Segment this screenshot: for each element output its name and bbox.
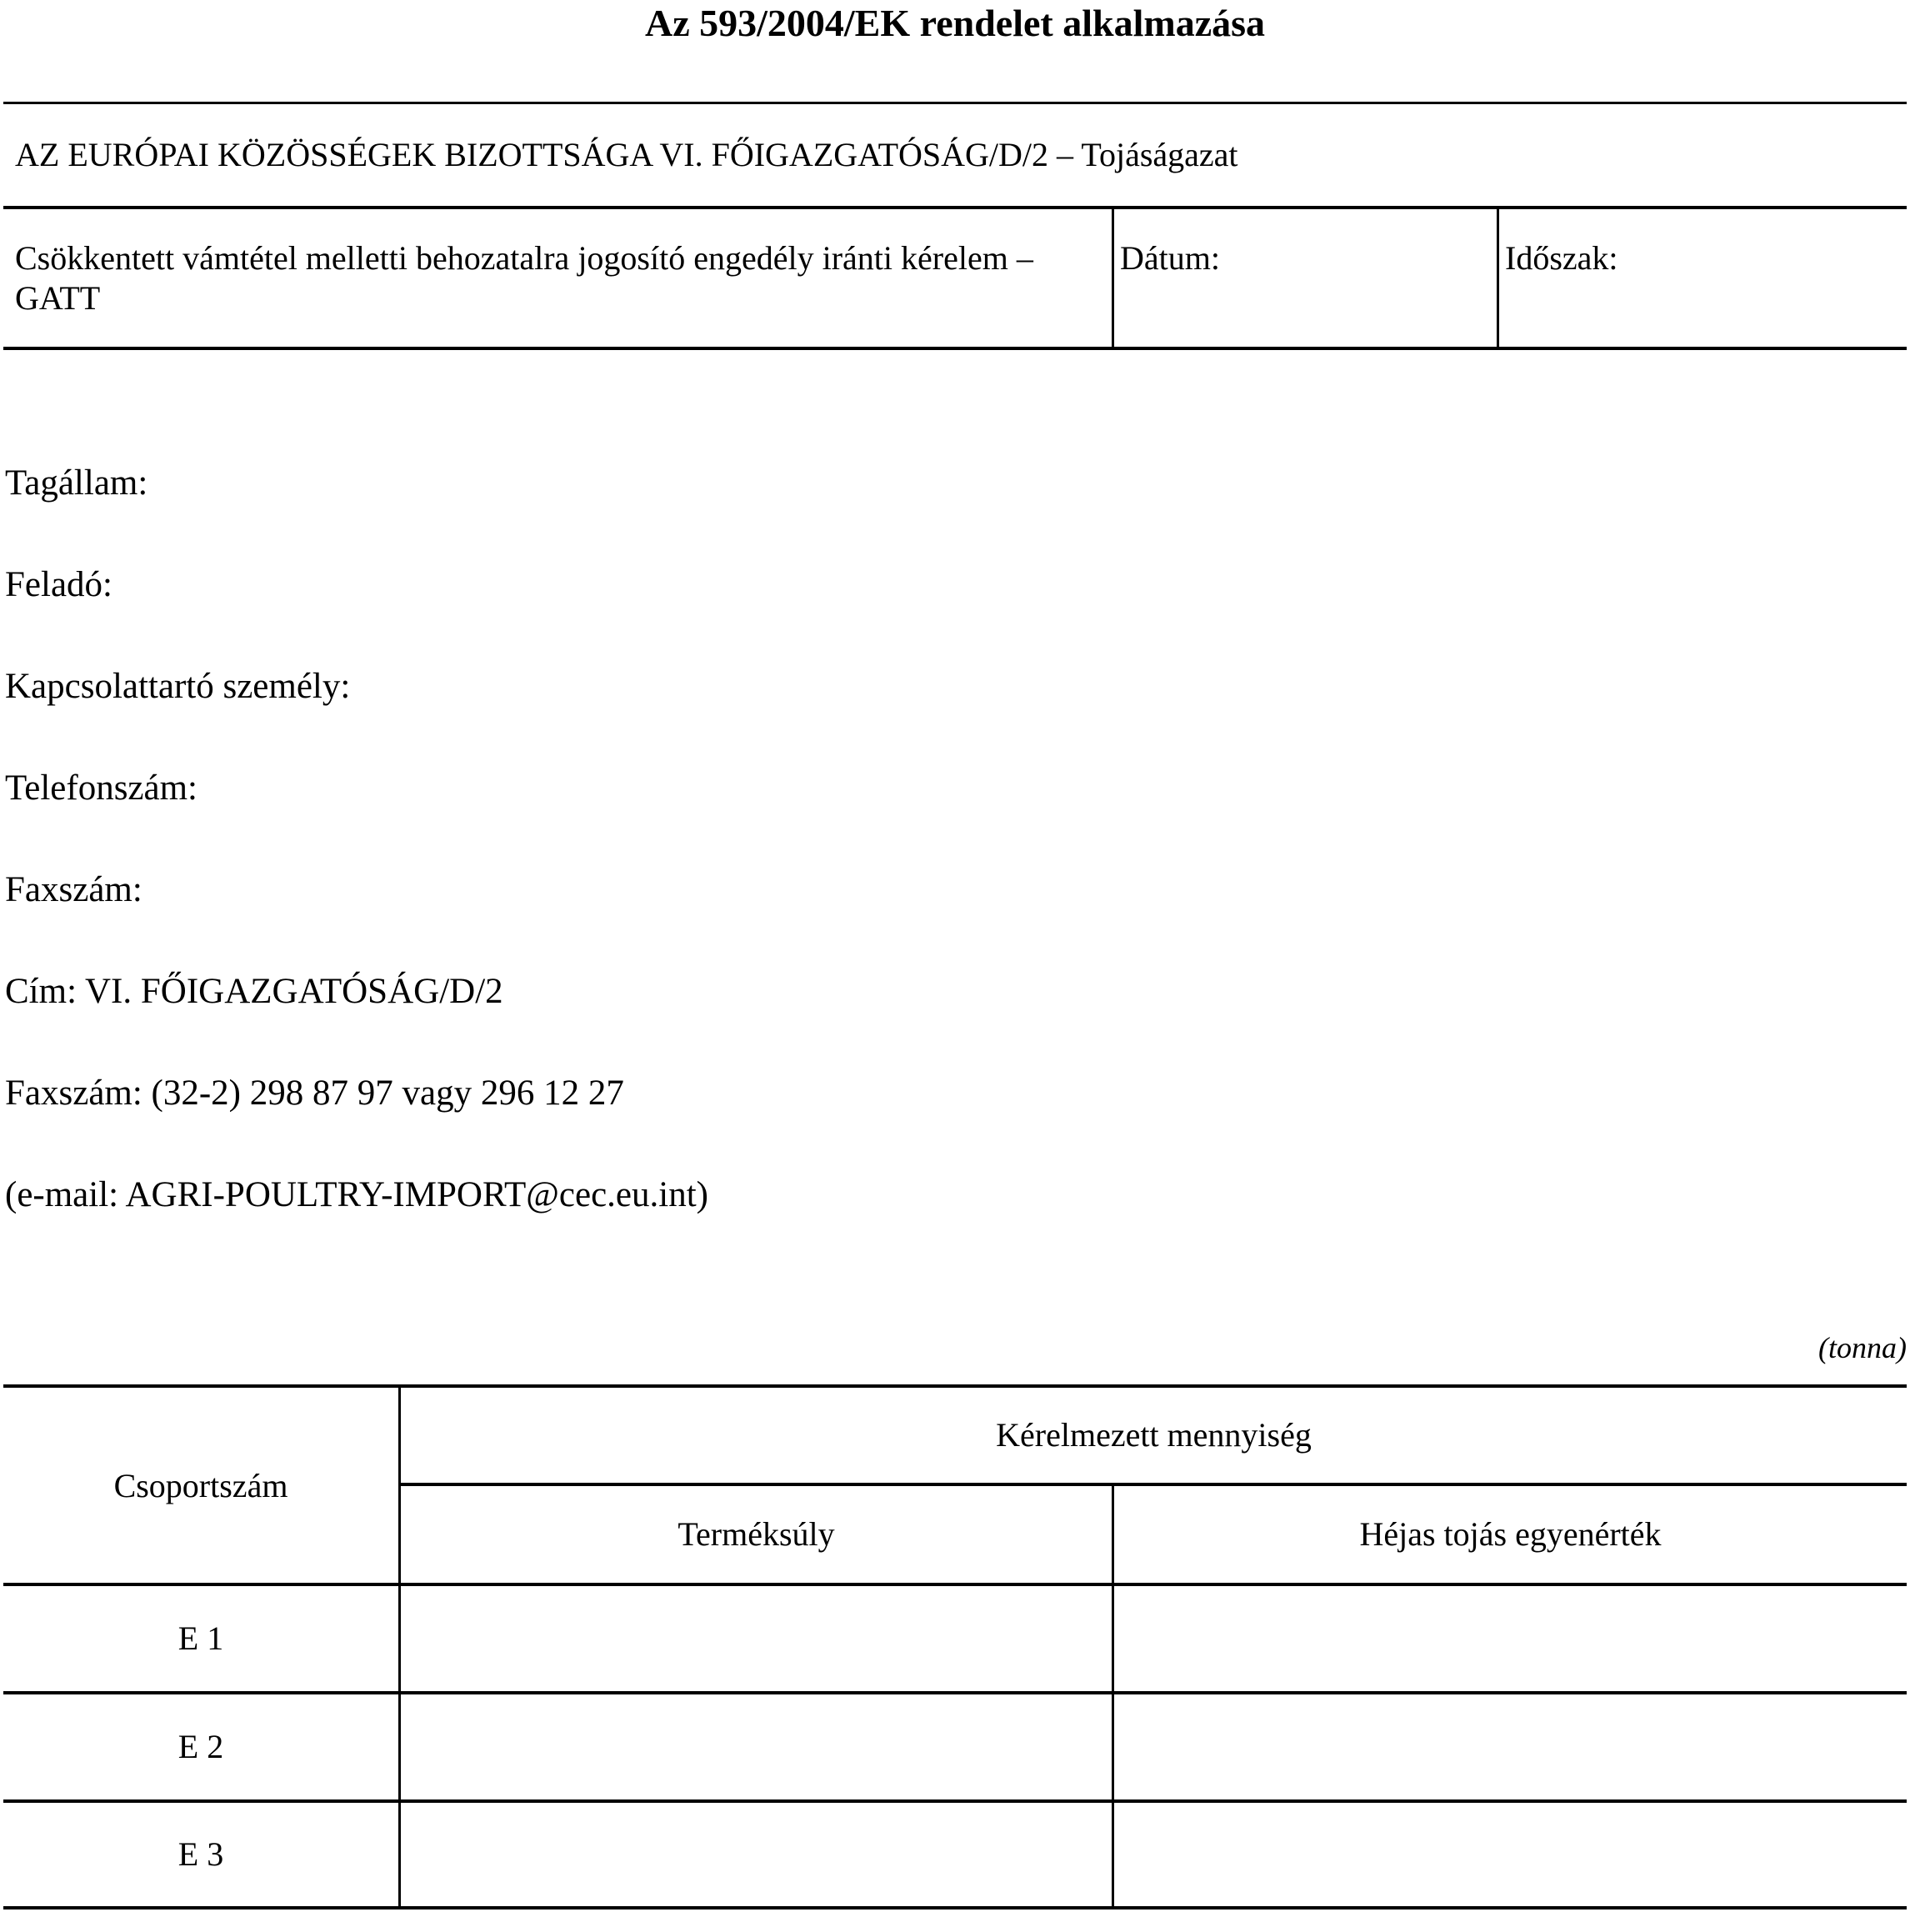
period-label: Időszak:: [1505, 238, 1618, 278]
document-title: Az 593/2004/EK rendelet alkalmazása: [0, 2, 1910, 45]
table-row-group: E 2: [3, 1694, 398, 1799]
field-member-state: Tagállam:: [5, 462, 147, 505]
divider: [3, 206, 1907, 209]
date-label: Dátum:: [1120, 238, 1220, 278]
table-row-group: E 1: [3, 1586, 398, 1691]
group-label: E 2: [178, 1727, 223, 1767]
product-weight-input[interactable]: [401, 1586, 1112, 1691]
unit-label: (tonna): [1818, 1329, 1907, 1366]
email-line: (e-mail: AGRI-POULTRY-IMPORT@cec.eu.int): [5, 1174, 708, 1217]
divider: [3, 102, 1907, 104]
field-phone: Telefonszám:: [5, 767, 197, 810]
header-product-weight-text: Terméksúly: [677, 1514, 834, 1554]
field-fax: Faxszám:: [5, 868, 142, 912]
field-sender: Feladó:: [5, 563, 112, 607]
period-field[interactable]: [1505, 283, 1897, 342]
header-requested-quantity-text: Kérelmezett mennyiség: [996, 1415, 1312, 1455]
header-group-number: Csoportszám: [3, 1388, 398, 1584]
header-product-weight: Terméksúly: [401, 1486, 1112, 1583]
header-group-number-text: Csoportszám: [114, 1466, 288, 1506]
shell-egg-equivalent-input[interactable]: [1114, 1694, 1907, 1799]
column-divider: [1112, 208, 1114, 348]
field-contact-person: Kapcsolattartó személy:: [5, 665, 350, 708]
group-label: E 3: [178, 1834, 223, 1874]
header-shell-egg-equivalent: Héjas tojás egyenérték: [1114, 1486, 1907, 1583]
product-weight-input[interactable]: [401, 1803, 1112, 1906]
column-divider: [1497, 208, 1499, 348]
date-field[interactable]: [1120, 283, 1487, 342]
fax-numbers-line: Faxszám: (32-2) 298 87 97 vagy 296 12 27: [5, 1072, 624, 1115]
table-row-group: E 3: [3, 1803, 398, 1906]
table-bottom-rule: [3, 1906, 1907, 1909]
divider: [3, 347, 1907, 350]
request-subject: Csökkentett vámtétel melletti behozatalr…: [15, 238, 1098, 318]
product-weight-input[interactable]: [401, 1694, 1112, 1799]
address-line: Cím: VI. FŐIGAZGATÓSÁG/D/2: [5, 970, 503, 1014]
header-requested-quantity: Kérelmezett mennyiség: [401, 1388, 1907, 1483]
header-shell-egg-equivalent-text: Héjas tojás egyenérték: [1359, 1514, 1661, 1554]
shell-egg-equivalent-input[interactable]: [1114, 1803, 1907, 1906]
authority-line: AZ EURÓPAI KÖZÖSSÉGEK BIZOTTSÁGA VI. FŐI…: [15, 135, 1238, 175]
group-label: E 1: [178, 1619, 223, 1659]
shell-egg-equivalent-input[interactable]: [1114, 1586, 1907, 1691]
